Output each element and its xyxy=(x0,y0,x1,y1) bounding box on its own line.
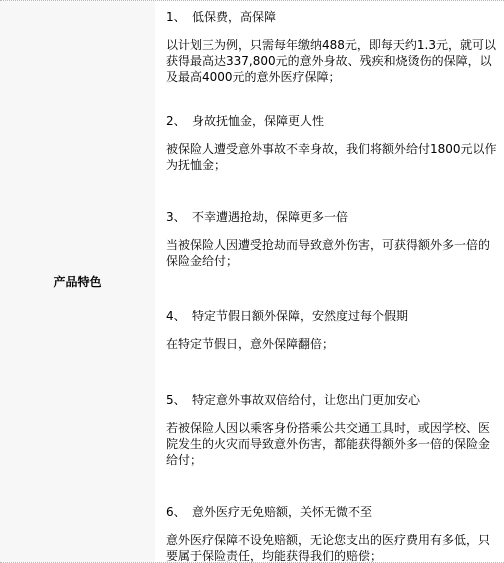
feature-section-2: 2、身故抚恤金，保障更人性 被保险人遭受意外事故不幸身故，我们将额外给付1800… xyxy=(166,113,500,173)
feature-title: 特定节假日额外保障，安然度过每个假期 xyxy=(192,309,408,323)
feature-body: 若被保险人因以乘客身份搭乘公共交通工具时，或因学校、医院发生的火灾而导致意外伤害… xyxy=(166,420,500,468)
feature-section-6: 6、意外医疗无免赔额，关怀无微不至 意外医疗保障不设免赔额，无论您支出的医疗费用… xyxy=(166,504,500,563)
feature-body: 意外医疗保障不设免赔额，无论您支出的医疗费用有多低，只要属于保险责任，均能获得我… xyxy=(166,532,500,563)
feature-title: 不幸遭遇抢劫，保障更多一倍 xyxy=(192,210,348,224)
content-cell: 1、低保费，高保障 以计划三为例，只需每年缴纳488元，即每天约1.3元，就可以… xyxy=(155,1,504,562)
feature-number: 2、 xyxy=(166,113,192,129)
feature-title: 意外医疗无免赔额，关怀无微不至 xyxy=(192,505,372,519)
feature-body: 被保险人遭受意外事故不幸身故，我们将额外给付1800元以作为抚恤金； xyxy=(166,141,500,173)
feature-section-5: 5、特定意外事故双倍给付，让您出门更加安心 若被保险人因以乘客身份搭乘公共交通工… xyxy=(166,392,500,468)
feature-heading: 6、意外医疗无免赔额，关怀无微不至 xyxy=(166,504,500,520)
feature-section-3: 3、不幸遭遇抢劫，保障更多一倍 当被保险人因遭受抢劫而导致意外伤害，可获得额外多… xyxy=(166,209,500,269)
feature-number: 5、 xyxy=(166,392,192,408)
feature-section-4: 4、特定节假日额外保障，安然度过每个假期 在特定节假日，意外保障翻倍； xyxy=(166,308,500,352)
feature-title: 低保费，高保障 xyxy=(192,10,276,24)
feature-number: 4、 xyxy=(166,308,192,324)
feature-body: 当被保险人因遭受抢劫而导致意外伤害，可获得额外多一倍的保险金给付； xyxy=(166,237,500,269)
feature-heading: 4、特定节假日额外保障，安然度过每个假期 xyxy=(166,308,500,324)
feature-number: 6、 xyxy=(166,504,192,520)
label-cell: 产品特色 xyxy=(0,1,155,562)
feature-heading: 5、特定意外事故双倍给付，让您出门更加安心 xyxy=(166,392,500,408)
row-label: 产品特色 xyxy=(0,273,155,290)
feature-title: 特定意外事故双倍给付，让您出门更加安心 xyxy=(192,393,420,407)
feature-heading: 3、不幸遭遇抢劫，保障更多一倍 xyxy=(166,209,500,225)
feature-heading: 2、身故抚恤金，保障更人性 xyxy=(166,113,500,129)
feature-number: 3、 xyxy=(166,209,192,225)
product-features-table: 产品特色 1、低保费，高保障 以计划三为例，只需每年缴纳488元，即每天约1.3… xyxy=(0,0,504,563)
feature-section-1: 1、低保费，高保障 以计划三为例，只需每年缴纳488元，即每天约1.3元，就可以… xyxy=(166,9,500,85)
feature-body: 在特定节假日，意外保障翻倍； xyxy=(166,336,500,352)
feature-number: 1、 xyxy=(166,9,192,25)
feature-heading: 1、低保费，高保障 xyxy=(166,9,500,25)
feature-title: 身故抚恤金，保障更人性 xyxy=(192,114,324,128)
feature-body: 以计划三为例，只需每年缴纳488元，即每天约1.3元，就可以获得最高达337,8… xyxy=(166,37,500,85)
